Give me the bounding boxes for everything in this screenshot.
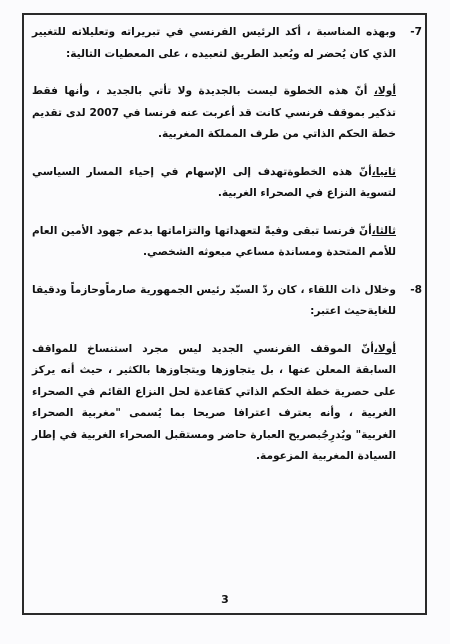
point-second: ثانيا،أنّ هذه الخطوةتهدف إلى الإسهام في … bbox=[32, 162, 422, 205]
page-number: 3 bbox=[0, 593, 450, 606]
point-text: أنّ هذه الخطوة ليست بالجديدة ولا تأتي با… bbox=[32, 85, 396, 140]
paragraph-text: وبهذه المناسبة ، أكد الرئيس الفرنسي في ت… bbox=[32, 26, 396, 60]
paragraph-text: وخلال ذات اللقاء ، كان ردّ السيّد رئيس ا… bbox=[32, 284, 396, 318]
point-text: أنّ هذه الخطوةتهدف إلى الإسهام في إحياء … bbox=[32, 166, 396, 200]
numbered-paragraph-7: -7 وبهذه المناسبة ، أكد الرئيس الفرنسي ف… bbox=[32, 22, 422, 65]
point-label: ثانيا، bbox=[372, 166, 396, 178]
point-first: أولا،أنّ الموقف الفرنسي الجديد ليس مجرد … bbox=[32, 339, 422, 468]
point-text: أنّ الموقف الفرنسي الجديد ليس مجرد استنس… bbox=[32, 343, 396, 463]
point-label: ثالثا، bbox=[372, 225, 396, 237]
document-body: -7 وبهذه المناسبة ، أكد الرئيس الفرنسي ف… bbox=[32, 22, 422, 468]
numbered-paragraph-8: -8 وخلال ذات اللقاء ، كان ردّ السيّد رئي… bbox=[32, 280, 422, 323]
point-first: أولا، أنّ هذه الخطوة ليست بالجديدة ولا ت… bbox=[32, 81, 422, 146]
point-third: ثالثا،أنّ فرنسا تبقى وفيةً لتعهداتها وال… bbox=[32, 221, 422, 264]
point-label: أولا، bbox=[374, 85, 396, 97]
point-label: أولا، bbox=[374, 343, 396, 355]
point-text: أنّ فرنسا تبقى وفيةً لتعهداتها والتزامات… bbox=[32, 225, 396, 259]
paragraph-number: -7 bbox=[410, 22, 422, 44]
paragraph-number: -8 bbox=[410, 280, 422, 302]
